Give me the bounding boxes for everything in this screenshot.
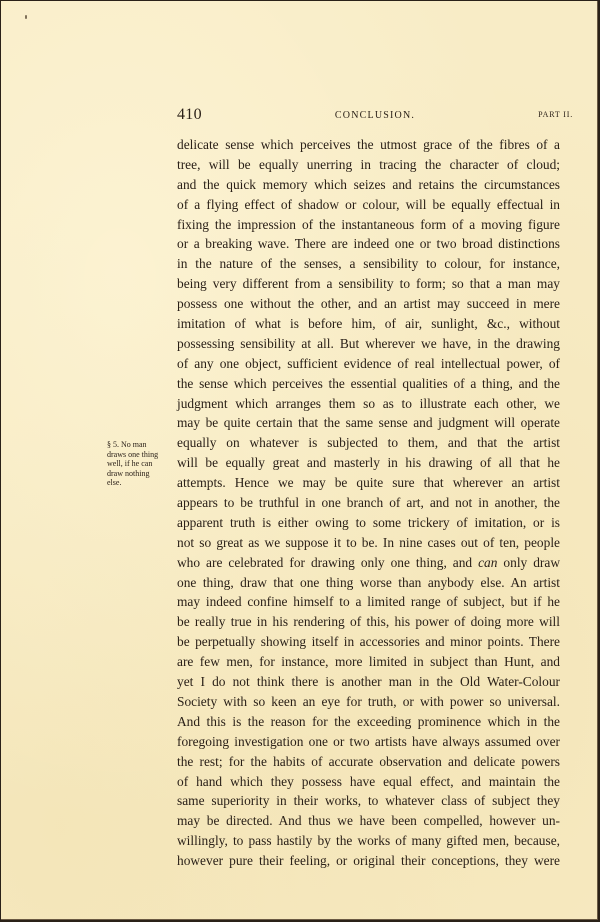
text-line: the sense which perceives the essential … xyxy=(177,374,560,394)
text-line: being very different from a sensibility … xyxy=(177,274,560,294)
text-line: are few men, for instance, more limited … xyxy=(177,652,560,672)
text-line: be really true in his rendering of this,… xyxy=(177,612,560,632)
text-line: imitation of what is before him, of air,… xyxy=(177,314,560,334)
text-line: may be directed. And thus we have been c… xyxy=(177,811,560,831)
text-run: only draw xyxy=(497,555,560,570)
running-head: 410 CONCLUSION. PART II. xyxy=(177,106,573,126)
text-line: delicate sense which perceives the utmos… xyxy=(177,135,560,155)
text-line: possessing sensibility at all. But where… xyxy=(177,334,560,354)
marginal-note-line: draw nothing xyxy=(107,469,175,479)
text-line: fixing the impression of the instantaneo… xyxy=(177,215,560,235)
emphasis-can: can xyxy=(478,555,497,570)
text-line: yet I do not think there is another man … xyxy=(177,672,560,692)
text-line: the rest; for the habits of accurate obs… xyxy=(177,752,560,772)
text-line: foregoing investigation one or two artis… xyxy=(177,732,560,752)
text-line: in the nature of the senses, a sensibili… xyxy=(177,254,560,274)
marginal-note-line: well, if he can xyxy=(107,459,175,469)
text-line: judgment which arranges them so as to il… xyxy=(177,394,560,414)
chapter-title: CONCLUSION. xyxy=(177,110,573,121)
text-line: equally on whatever is subjected to them… xyxy=(177,433,560,453)
text-line: may indeed confine himself to a limited … xyxy=(177,592,560,612)
text-line: attempts. Hence we may be quite sure tha… xyxy=(177,473,560,493)
text-line: tree, will be equally unerring in tracin… xyxy=(177,155,560,175)
text-line: not so great as we suppose it to be. In … xyxy=(177,533,560,553)
part-label: PART II. xyxy=(538,110,573,119)
text-line: same superiority in their works, to what… xyxy=(177,791,560,811)
text-line: will be equally great and masterly in hi… xyxy=(177,453,560,473)
text-line: or a breaking wave. There are indeed one… xyxy=(177,234,560,254)
marginal-note-line: § 5. No man xyxy=(107,440,175,450)
text-line: one thing, draw that one thing worse tha… xyxy=(177,573,560,593)
text-line: and the quick memory which seizes and re… xyxy=(177,175,560,195)
text-line: appears to be truthful in one branch of … xyxy=(177,493,560,513)
text-line: may be quite certain that the same sense… xyxy=(177,413,560,433)
marginal-note-line: draws one thing xyxy=(107,450,175,460)
text-run: who are celebrated for drawing only one … xyxy=(177,555,478,570)
text-line: however pure their feeling, or original … xyxy=(177,851,560,871)
body-paragraph: delicate sense which perceives the utmos… xyxy=(177,135,560,871)
text-line: willingly, to pass hastily by the works … xyxy=(177,831,560,851)
text-line: Society with so keen an eye for truth, o… xyxy=(177,692,560,712)
book-page: 410 CONCLUSION. PART II. § 5. No man dra… xyxy=(1,1,598,920)
text-line: And this is the reason for the exceeding… xyxy=(177,712,560,732)
text-line: apparent truth is either owing to some t… xyxy=(177,513,560,533)
text-line: of any one object, sufficient evidence o… xyxy=(177,354,560,374)
text-line: of a flying effect of shadow or colour, … xyxy=(177,195,560,215)
text-line: be perpetually showing itself in accesso… xyxy=(177,632,560,652)
marginal-note: § 5. No man draws one thing well, if he … xyxy=(107,440,175,488)
marginal-note-line: else. xyxy=(107,478,175,488)
text-line-with-emphasis: who are celebrated for drawing only one … xyxy=(177,553,560,573)
paper-speck xyxy=(25,15,27,19)
text-line: possess one without the other, and an ar… xyxy=(177,294,560,314)
text-line: of hand which they possess have equal ef… xyxy=(177,772,560,792)
